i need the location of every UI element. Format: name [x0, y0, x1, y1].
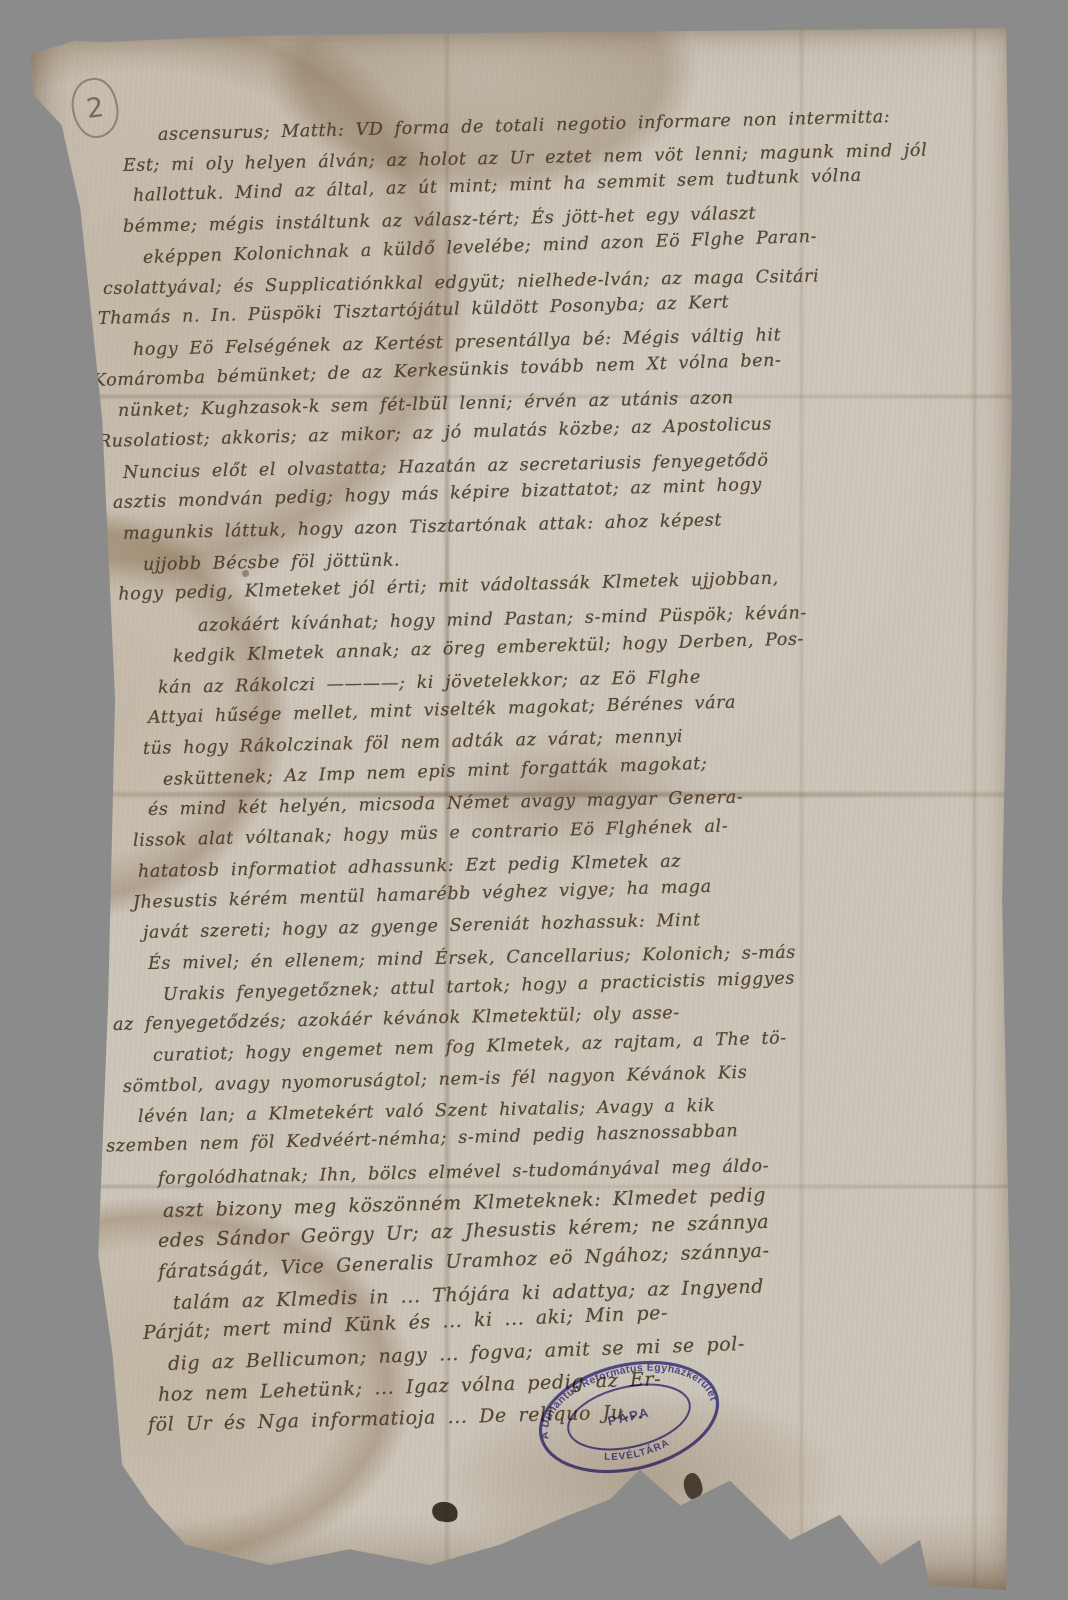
manuscript-line: ujjobb Bécsbe föl jöttünk. — [143, 550, 401, 574]
manuscript-line: Urakis fenyegetőznek; attul tartok; hogy… — [163, 968, 795, 1005]
manuscript-line: mind szemben nem föl Kedvéért-némha; s-m… — [48, 1121, 739, 1158]
manuscript-line: Rusolatiost; akkoris; az mikor; az jó mu… — [98, 414, 772, 452]
manuscript-line: forgolódhatnak; Ihn, bölcs elmével s-tud… — [158, 1156, 770, 1189]
manuscript-line: curatiot; hogy engemet nem fog Klmetek, … — [153, 1028, 787, 1066]
manuscript-line: talám az Klmedis in ... Thójára ki adatt… — [173, 1275, 765, 1313]
manuscript-line: Attyai hűsége mellet, mint viselték mago… — [148, 693, 737, 728]
manuscript-line: és mind két helyén, micsoda Német avagy … — [148, 788, 744, 820]
ink-blot — [242, 570, 249, 577]
manuscript-line: nünket; Kughzasok-k sem fét-lbül lenni; … — [118, 388, 734, 421]
manuscript-line: És mivel; én ellenem; mind Érsek, Cancel… — [148, 943, 796, 974]
manuscript-line: lévén lan; a Klmetekért való Szent hivat… — [138, 1096, 716, 1127]
scanned-document-page: 2 ascensurus; Matth: VD forma de totali … — [28, 25, 1018, 1590]
manuscript-line: sömtbol, avagy nyomoruságtol; nem-is fél… — [123, 1063, 748, 1097]
manuscript-line: ascensurus; Matth: VD forma de totali ne… — [158, 107, 891, 145]
manuscript-line: lissok alat vóltanak; hogy müs e contrar… — [133, 817, 729, 852]
stamp-center-text: PÁPA — [606, 1404, 651, 1428]
manuscript-line: kán az Rákolczi ————; ki jövetelekkor; a… — [158, 667, 701, 697]
manuscript-line: kedgik Klmetek annak; az öreg emberektül… — [173, 629, 805, 667]
manuscript-line: Jhesustis kérém mentül hamarébb véghez v… — [133, 876, 712, 912]
manuscript-line: hatatosb informatiot adhassunk: Ezt pedi… — [138, 851, 681, 881]
manuscript-line: esküttenek; Az Imp nem epis mint forgatt… — [163, 754, 708, 790]
manuscript-line: magunkis láttuk, hogy azon Tisztartónak … — [123, 511, 722, 545]
handwritten-text-block: ascensurus; Matth: VD forma de totali ne… — [28, 25, 1018, 1590]
manuscript-line: az fenyegetődzés; azokáér kévánok Klmete… — [113, 1003, 680, 1035]
manuscript-line: javát szereti; hogy az gyenge Sereniát h… — [143, 911, 701, 944]
manuscript-line: tüs hogy Rákolczinak föl nem adták az vá… — [143, 727, 683, 759]
manuscript-line: Thamás n. In. Püspöki Tisztartójátul kül… — [98, 293, 730, 330]
